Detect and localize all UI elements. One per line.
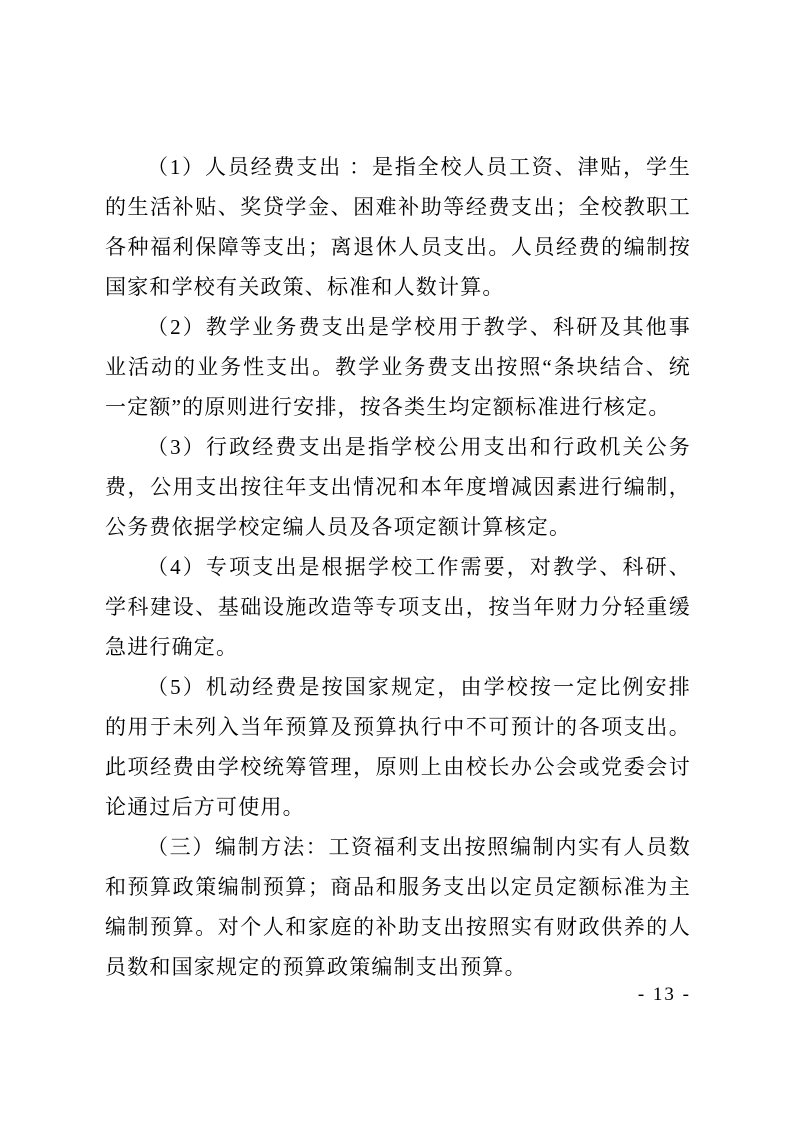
paragraph-6-compilation-method: （三）编制方法：工资福利支出按照编制内实有人员数和预算政策编制预算；商品和服务支…: [105, 827, 691, 987]
page-number: - 13 -: [105, 982, 691, 1008]
paragraph-5-flexible-funds: （5）机动经费是按国家规定，由学校按一定比例安排的用于未列入当年预算及预算执行中…: [105, 667, 691, 827]
document-page: （1）人员经费支出 ：是指全校人员工资、津贴，学生的生活补贴、奖贷学金、困难补助…: [0, 0, 794, 1123]
paragraph-2-teaching-operation-expenses: （2）教学业务费支出是学校用于教学、科研及其他事业活动的业务性支出。教学业务费支…: [105, 307, 691, 427]
paragraph-1-personnel-expenses: （1）人员经费支出 ：是指全校人员工资、津贴，学生的生活补贴、奖贷学金、困难补助…: [105, 147, 691, 307]
document-body: （1）人员经费支出 ：是指全校人员工资、津贴，学生的生活补贴、奖贷学金、困难补助…: [105, 147, 691, 987]
paragraph-3-administrative-expenses: （3）行政经费支出是指学校公用支出和行政机关公务费，公用支出按往年支出情况和本年…: [105, 427, 691, 547]
paragraph-4-special-expenses: （4）专项支出是根据学校工作需要，对教学、科研、学科建设、基础设施改造等专项支出…: [105, 547, 691, 667]
